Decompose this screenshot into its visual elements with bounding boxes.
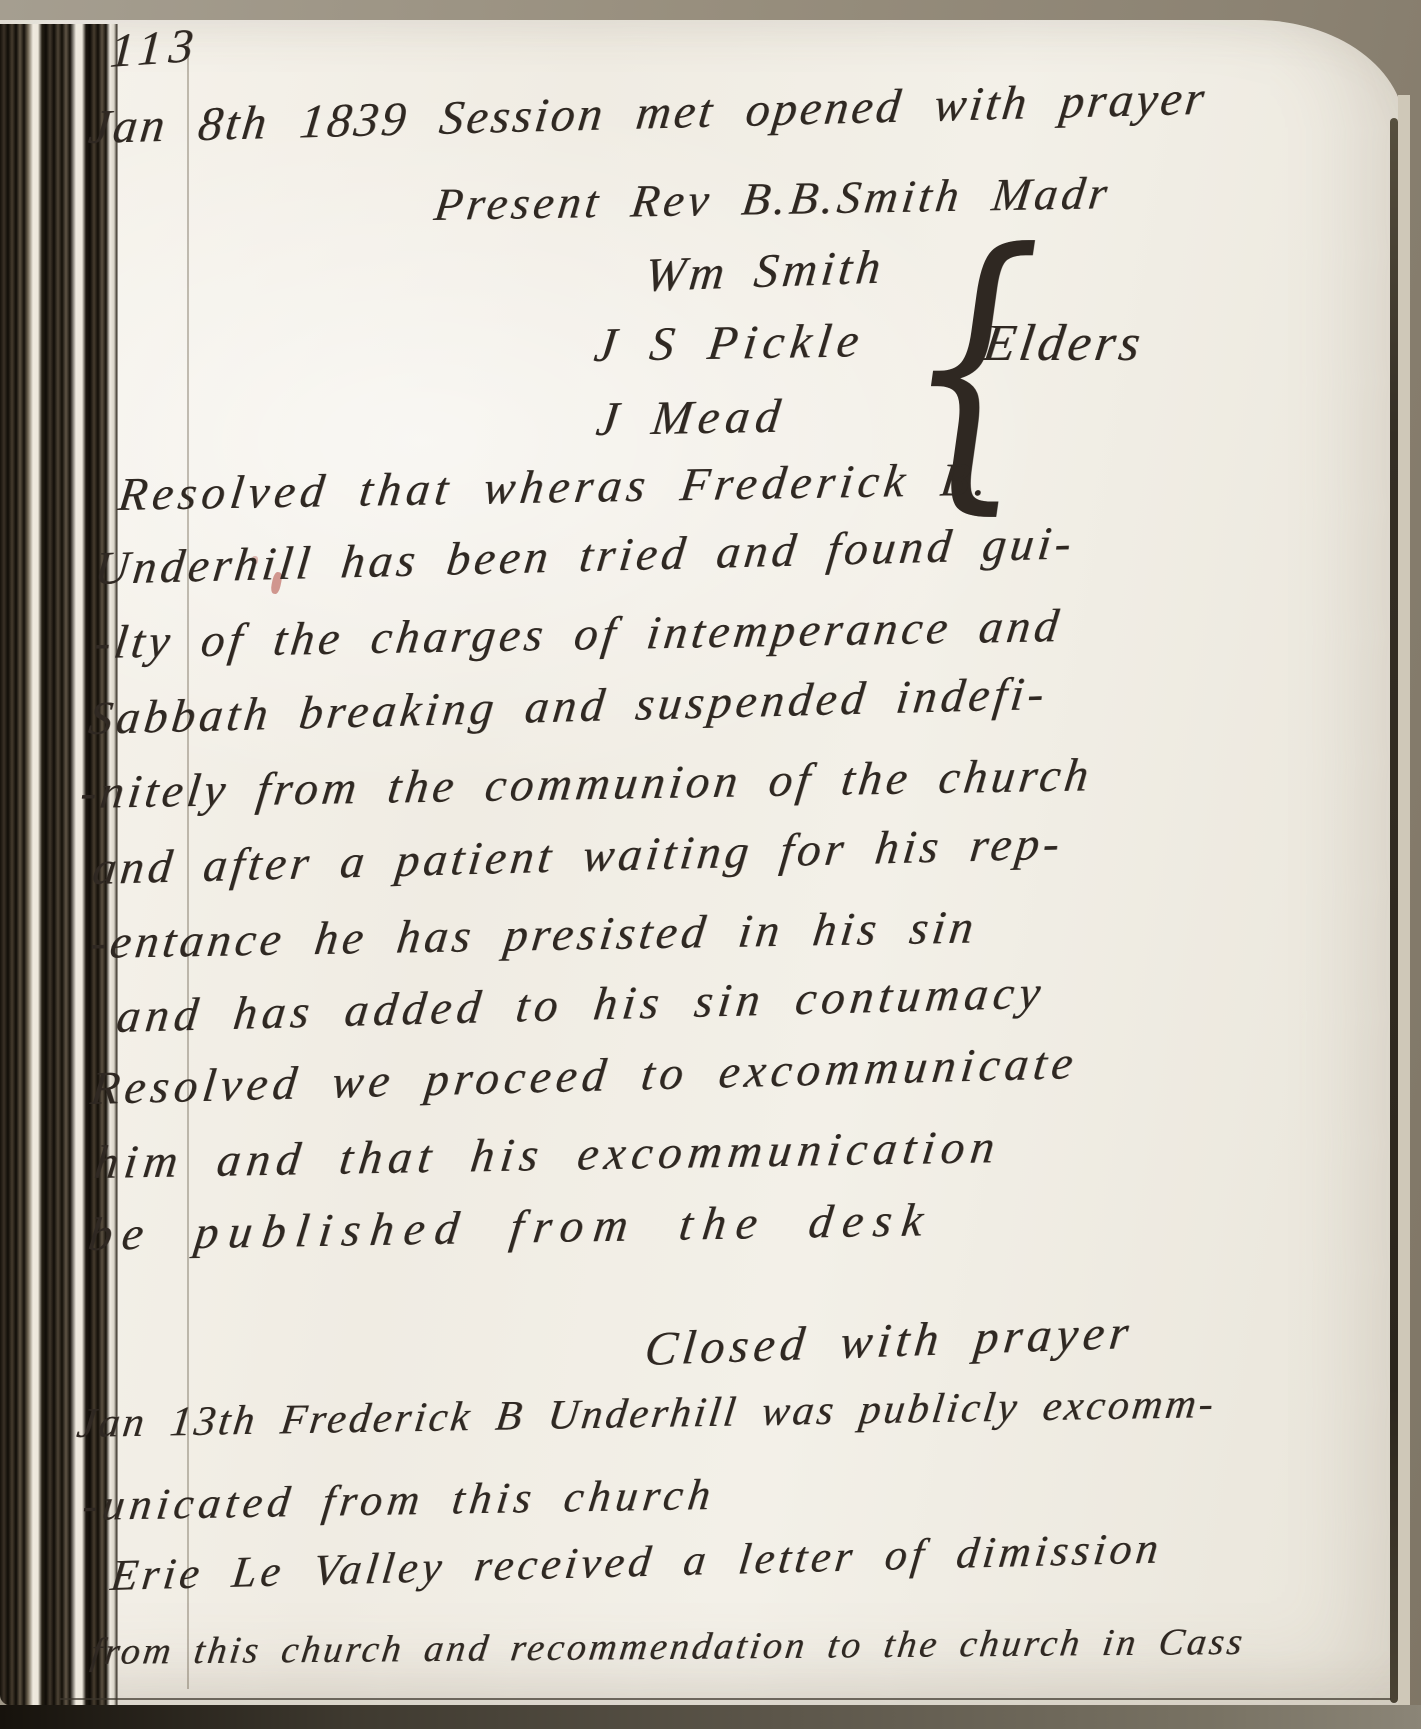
elders-label: Elders	[980, 314, 1148, 373]
bottom-scan-shadow	[0, 1705, 1421, 1729]
page-number: 113	[108, 18, 202, 79]
right-page-edge	[1390, 118, 1398, 1703]
scanned-ledger-page: 113 Jan 8th 1839 Session met opened with…	[0, 0, 1421, 1729]
bottom-page-boundary	[60, 1698, 1391, 1700]
elder-name-1: Wm Smith	[642, 240, 887, 303]
elder-name-3: J Mead	[593, 389, 789, 447]
elder-name-2: J S Pickle	[591, 313, 868, 373]
next-page-sliver	[1398, 95, 1410, 1705]
